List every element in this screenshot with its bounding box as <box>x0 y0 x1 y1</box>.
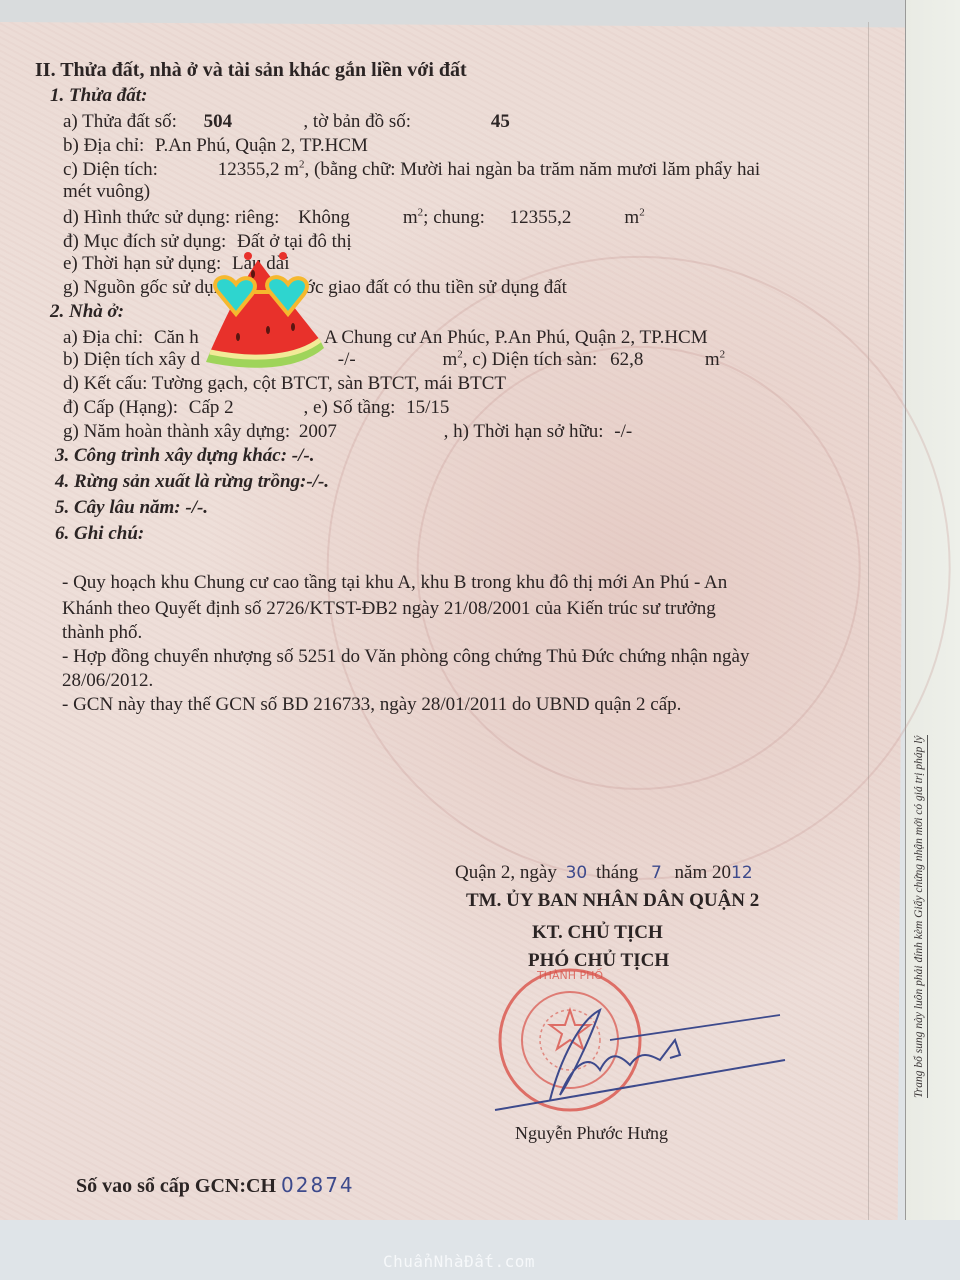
sup-2d: 2 <box>720 349 726 361</box>
svg-text:THÀNH PHỐ: THÀNH PHỐ <box>536 968 603 982</box>
parcel-row: a) Thửa đất số: 504 , tờ bản đồ số: 45 <box>63 111 510 133</box>
note-line: thành phố. <box>62 622 142 644</box>
note-line: Khánh theo Quyết định số 2726/KTST-ĐB2 n… <box>62 598 716 620</box>
floors-label: , e) Số tầng: <box>304 397 396 418</box>
floors-value: 15/15 <box>406 397 449 418</box>
usage-private: Không <box>298 207 398 229</box>
background-bottom <box>0 1220 960 1280</box>
note-line: - Quy hoạch khu Chung cư cao tầng tại kh… <box>62 572 727 594</box>
ownership-term-value: -/- <box>614 421 632 442</box>
house-area-row: b) Diện tích xây d -/- m2, c) Diện tích … <box>63 349 725 371</box>
grade-row: đ) Cấp (Hạng): Cấp 2 , e) Số tầng: 15/15 <box>63 397 449 419</box>
house-address-label: a) Địa chỉ: <box>63 327 143 348</box>
year-label-sig: năm 20 <box>675 862 731 883</box>
notes-heading: 6. Ghi chú: <box>55 523 144 545</box>
ownership-term-label: , h) Thời hạn sở hữu: <box>444 421 604 442</box>
usage-form-row: d) Hình thức sử dụng: riêng: Không m2; c… <box>63 207 645 229</box>
site-watermark: ChuẩnNhàĐất.com <box>383 1252 535 1271</box>
usage-form-label: d) Hình thức sử dụng: riêng: <box>63 207 279 228</box>
floor-area-value: 62,8 <box>610 349 700 371</box>
note-line: - GCN này thay thế GCN số BD 216733, ngà… <box>62 694 681 716</box>
built-area-unit: m <box>443 349 458 370</box>
grade-label: đ) Cấp (Hạng): <box>63 397 178 418</box>
place-date: Quận 2, ngày 30 tháng 7 năm 2012 <box>455 862 753 884</box>
address-value: P.An Phú, Quận 2, TP.HCM <box>155 135 368 156</box>
side-legal-note: Trang bổ sung này luôn phải đính kèm Giấ… <box>913 736 928 1099</box>
section-title: II. Thửa đất, nhà ở và tài sản khác gắn … <box>35 59 467 81</box>
area-words: , (bằng chữ: Mười hai ngàn ba trăm năm m… <box>305 159 761 180</box>
area-row: c) Diện tích: 12355,2 m2, (bằng chữ: Mườ… <box>63 159 760 181</box>
area-value: 12355,2 m <box>218 159 299 180</box>
signature <box>490 1000 790 1120</box>
map-sheet-label: , tờ bản đồ số: <box>303 111 411 132</box>
parcel-label: a) Thửa đất số: <box>63 111 177 132</box>
grade-value: Cấp 2 <box>189 397 299 419</box>
month-handwritten: 7 <box>651 863 662 883</box>
year-handwritten: 12 <box>731 863 753 883</box>
area-label: c) Diện tích: <box>63 159 158 180</box>
area-words-cont: mét vuông) <box>63 181 150 203</box>
built-area-value: -/- <box>338 349 438 371</box>
registry-number: 02874 <box>281 1173 355 1197</box>
usage-common: 12355,2 <box>510 207 620 229</box>
usage-common-unit: m <box>624 207 639 228</box>
note-line: - Hợp đồng chuyển nhượng số 5251 do Văn … <box>62 646 750 668</box>
purpose-label: đ) Mục đích sử dụng: <box>63 231 226 252</box>
org-name: TM. ỦY BAN NHÂN DÂN QUẬN 2 <box>466 890 759 912</box>
perennial: 5. Cây lâu năm: -/-. <box>55 497 208 519</box>
parcel-number: 504 <box>204 111 299 133</box>
floor-area-unit: m <box>705 349 720 370</box>
signer-name: Nguyễn Phước Hưng <box>515 1122 668 1144</box>
year-value: 2007 <box>299 421 439 443</box>
usage-common-label: ; chung: <box>423 207 485 228</box>
month-label: tháng <box>596 862 638 883</box>
house-heading: 2. Nhà ở: <box>50 301 124 323</box>
title-chairman: KT. CHỦ TỊCH <box>532 922 663 944</box>
purpose-row: đ) Mục đích sử dụng: Đất ở tại đô thị <box>63 231 352 253</box>
year-label: g) Năm hoàn thành xây dựng: <box>63 421 290 442</box>
watermelon-sticker-icon <box>198 252 328 372</box>
structure-row: d) Kết cấu: Tường gạch, cột BTCT, sàn BT… <box>63 373 506 395</box>
registry-label: Số vao sổ cấp GCN:CH <box>76 1175 276 1197</box>
sup-2b: 2 <box>639 207 645 219</box>
house-address-end: A Chung cư An Phúc, P.An Phú, Quận 2, TP… <box>324 327 708 348</box>
forest: 4. Rừng sản xuất là rừng trồng:-/-. <box>55 471 329 493</box>
purpose-value: Đất ở tại đô thị <box>237 231 352 252</box>
day-handwritten: 30 <box>566 863 588 883</box>
land-heading: 1. Thửa đất: <box>50 85 147 107</box>
place-date-prefix: Quận 2, ngày <box>455 862 557 883</box>
other-works: 3. Công trình xây dựng khác: -/-. <box>55 445 314 467</box>
map-sheet-number: 45 <box>491 111 510 132</box>
floor-area-label: , c) Diện tích sàn: <box>463 349 598 370</box>
note-line: 28/06/2012. <box>62 670 153 692</box>
address-label: b) Địa chỉ: <box>63 135 144 156</box>
land-address-row: b) Địa chỉ: P.An Phú, Quận 2, TP.HCM <box>63 135 368 157</box>
house-address-row: a) Địa chỉ: Căn hA Chung cư An Phúc, P.A… <box>63 327 708 349</box>
usage-unit: m <box>403 207 418 228</box>
registry-row: Số vao sổ cấp GCN:CH 02874 <box>76 1174 355 1197</box>
year-row: g) Năm hoàn thành xây dựng: 2007 , h) Th… <box>63 421 632 443</box>
document-content: II. Thửa đất, nhà ở và tài sản khác gắn … <box>0 0 905 1240</box>
